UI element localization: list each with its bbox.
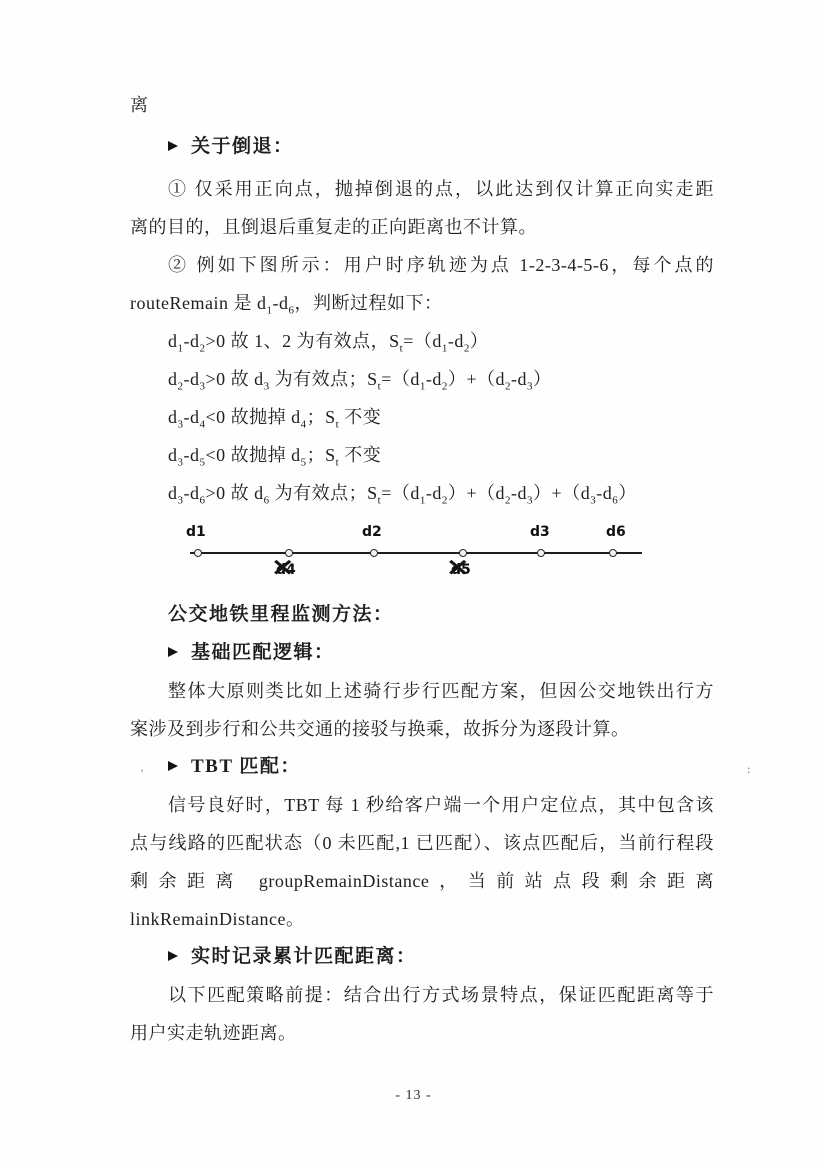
paragraph-line: 以下匹配策略前提：结合出行方式场景特点，保证匹配距离等于 <box>130 976 714 1014</box>
paragraph-line: 离的目的，且倒退后重复走的正向距离也不计算。 <box>130 208 714 246</box>
trajectory-axis-line <box>190 552 642 554</box>
strikethrough-x-icon: × <box>445 554 470 579</box>
heading-label: 基础匹配逻辑： <box>191 642 335 663</box>
paragraph-line: linkRemainDistance。 <box>130 900 714 938</box>
scan-noise-mark: ' <box>141 766 143 781</box>
page-number: - 13 - <box>0 1088 827 1104</box>
scan-noise-mark: : <box>747 762 750 777</box>
document-body-bottom: 公交地铁里程监测方法：基础匹配逻辑：整体大原则类比如上述骑行步行匹配方案，但因公… <box>130 596 714 1052</box>
discarded-point-label-d5: d5 × <box>451 562 471 578</box>
paragraph-line: 用户实走轨迹距离。 <box>130 1014 714 1052</box>
document-content: 离关于倒退：① 仅采用正向点，抛掉倒退的点，以此达到仅计算正向实走距离的目的，且… <box>130 86 714 1052</box>
point-label-d2: d2 <box>362 524 382 540</box>
discarded-point-label-d4: d4 × <box>276 562 296 578</box>
paragraph-line: 离 <box>130 86 714 124</box>
formula-line: d2-d3>0 故 d3 为有效点；St=（d1-d2）+（d2-d3） <box>130 360 714 398</box>
trajectory-point <box>370 549 378 557</box>
point-label-d1: d1 <box>186 524 206 540</box>
point-label-d6: d6 <box>606 524 626 540</box>
heading-label: 实时记录累计匹配距离： <box>191 946 417 967</box>
arrow-bullet-icon <box>168 141 178 151</box>
arrow-bullet-icon <box>168 647 178 657</box>
strikethrough-x-icon: × <box>270 554 295 579</box>
arrow-bullet-icon <box>168 761 178 771</box>
paragraph-line: ② 例如下图所示：用户时序轨迹为点 1-2-3-4-5-6，每个点的 <box>130 246 714 284</box>
formula-line: d1-d2>0 故 1、2 为有效点，St=（d1-d2） <box>130 322 714 360</box>
document-body-top: 离关于倒退：① 仅采用正向点，抛掉倒退的点，以此达到仅计算正向实走距离的目的，且… <box>130 86 714 512</box>
heading-label: TBT 匹配： <box>191 756 301 777</box>
heading-label: 关于倒退： <box>191 136 294 157</box>
paragraph-line: 信号良好时，TBT 每 1 秒给客户端一个用户定位点，其中包含该 <box>130 786 714 824</box>
paragraph-line: 剩余距离 groupRemainDistance，当前站点段剩余距离 <box>130 862 714 900</box>
paragraph-line: 整体大原则类比如上述骑行步行匹配方案，但因公交地铁出行方 <box>130 672 714 710</box>
section-heading: 关于倒退： <box>130 128 714 166</box>
section-heading: TBT 匹配： <box>130 748 714 786</box>
point-label-d3: d3 <box>530 524 550 540</box>
paragraph-line: 点与线路的匹配状态（0 未匹配,1 已匹配）、该点匹配后，当前行程段 <box>130 824 714 862</box>
formula-line: d3-d5<0 故抛掉 d5；St 不变 <box>130 436 714 474</box>
formula-line: d3-d4<0 故抛掉 d4；St 不变 <box>130 398 714 436</box>
paragraph-line: 案涉及到步行和公共交通的接驳与换乘，故拆分为逐段计算。 <box>130 710 714 748</box>
document-page: 离关于倒退：① 仅采用正向点，抛掉倒退的点，以此达到仅计算正向实走距离的目的，且… <box>0 0 827 1170</box>
paragraph-line: routeRemain 是 d1-d6，判断过程如下： <box>130 284 714 322</box>
section-heading: 基础匹配逻辑： <box>130 634 714 672</box>
section-heading: 实时记录累计匹配距离： <box>130 938 714 976</box>
trajectory-diagram: d1 d2 d3 d6 d4 × d5 × <box>130 524 714 588</box>
trajectory-point <box>609 549 617 557</box>
arrow-bullet-icon <box>168 951 178 961</box>
section-heading: 公交地铁里程监测方法： <box>130 596 714 634</box>
trajectory-point <box>194 549 202 557</box>
paragraph-line: ① 仅采用正向点，抛掉倒退的点，以此达到仅计算正向实走距 <box>130 170 714 208</box>
trajectory-point <box>537 549 545 557</box>
formula-line: d3-d6>0 故 d6 为有效点；St=（d1-d2）+（d2-d3）+（d3… <box>130 474 714 512</box>
